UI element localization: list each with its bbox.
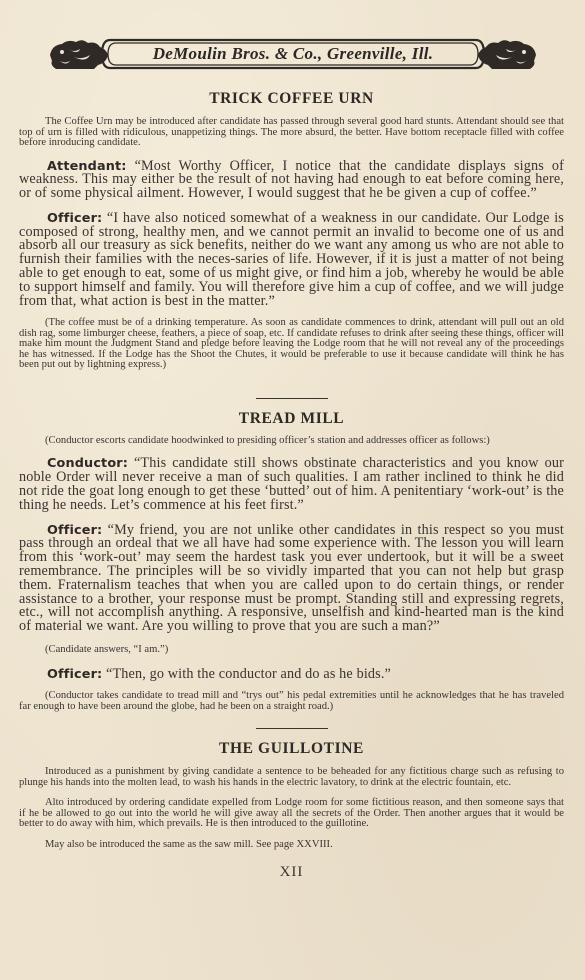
section-paragraph: May also be introduced the same as the s… [19, 840, 564, 851]
section-divider [256, 728, 328, 729]
section-paragraph: Alto introduced by ordering candidate ex… [19, 798, 564, 830]
section-intro: (Conductor escorts candidate hoodwinked … [19, 436, 564, 447]
lion-head-icon [478, 40, 536, 69]
dialogue-attendant: Attendant: “Most Worthy Officer, I notic… [19, 160, 564, 201]
section-divider [256, 398, 328, 399]
candidate-answer: (Candidate answers, “I am.”) [19, 645, 564, 656]
stage-note: (Conductor takes candidate to tread mill… [19, 691, 564, 712]
speaker-label: Officer: [47, 667, 102, 682]
dialogue-officer-reply: Officer: “Then, go with the conductor an… [19, 668, 564, 682]
dialogue-conductor: Conductor: “This candidate still shows o… [19, 457, 564, 512]
section-title-trick-coffee-urn: TRICK COFFEE URN [19, 90, 564, 108]
header-banner: DeMoulin Bros. & Co., Greenville, Ill. [48, 37, 538, 71]
dialogue-text: “Then, go with the conductor and do as h… [106, 666, 391, 682]
publisher-name: DeMoulin Bros. & Co., Greenville, Ill. [118, 41, 468, 67]
section-title-guillotine: THE GUILLOTINE [19, 740, 564, 758]
dialogue-officer: Officer: “I have also noticed somewhat o… [19, 212, 564, 309]
dialogue-text: “My friend, you are not unlike other can… [19, 522, 564, 635]
dialogue-text: “I have also noticed somewhat of a weakn… [19, 210, 564, 309]
section-intro: The Coffee Urn may be introduced after c… [19, 117, 564, 149]
stage-note: (The coffee must be of a drinking temper… [19, 318, 564, 371]
section-title-tread-mill: TREAD MILL [19, 410, 564, 428]
dialogue-officer: Officer: “My friend, you are not unlike … [19, 524, 564, 634]
page-number: XII [19, 864, 564, 881]
lion-head-icon [50, 40, 108, 69]
page-content: TRICK COFFEE URN The Coffee Urn may be i… [19, 88, 564, 881]
section-paragraph: Introduced as a punishment by giving can… [19, 767, 564, 788]
